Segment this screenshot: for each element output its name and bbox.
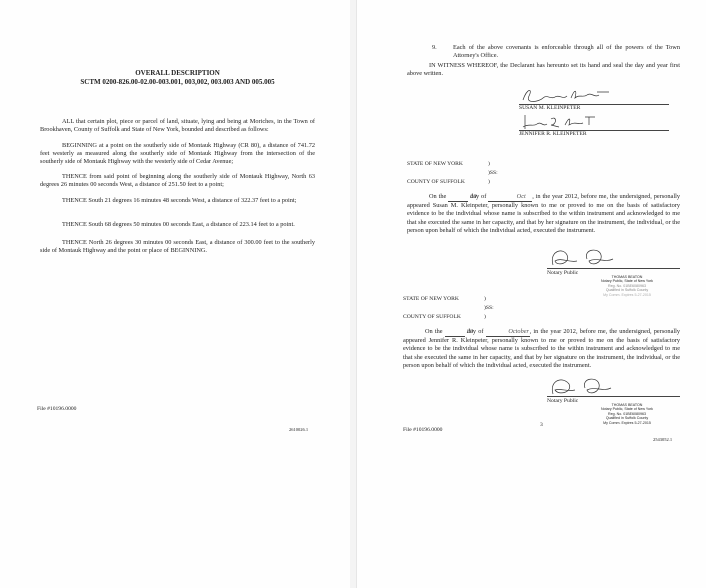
ack1-notary-label: Notary Public (547, 270, 578, 276)
signer-name-1: SUSAN M. KLEINPETER (519, 105, 580, 111)
ack1-day-field: 20 (448, 193, 468, 202)
ack2-paren2: ) (484, 314, 486, 320)
page-title: OVERALL DESCRIPTION (40, 69, 315, 78)
document-id-right: 2543052.1 (653, 437, 672, 442)
ack2-county: COUNTY OF SUFFOLK (403, 314, 461, 320)
file-number: File #10196.0000 (37, 406, 76, 412)
paragraph-thence-2: THENCE South 21 degrees 16 minutes 48 se… (40, 197, 315, 205)
signer-name-2: JENNIFER R. KLEINPETER (519, 131, 587, 137)
ack1-body: On the 20 day of Oct, in the year 2012, … (407, 193, 680, 235)
ack1-month-field: Oct (488, 193, 532, 202)
signature-susan (519, 86, 669, 104)
stamp1-line: My Comm. Expires 5-27-2015 (582, 293, 672, 297)
ack1-on-the: On the (429, 193, 446, 200)
document-page-right: 9. Each of the above covenants is enforc… (356, 0, 706, 588)
notary-stamp-2: THOMAS BEATON Notary Public, State of Ne… (582, 403, 672, 425)
witness-text: IN WITNESS WHEREOF, the Declarant has he… (407, 62, 680, 78)
notary-signature-1 (547, 247, 667, 269)
document-page-left: OVERALL DESCRIPTION SCTM 0200-826.00-02.… (0, 0, 350, 588)
paragraph-thence-4: THENCE North 26 degrees 30 minutes 00 se… (40, 239, 315, 255)
document-id: 2610026.1 (289, 427, 308, 432)
signature-jennifer (519, 113, 669, 131)
page-number: 3 (540, 422, 543, 428)
ack2-ss: )SS: (484, 305, 494, 311)
ack1-state: STATE OF NEW YORK (407, 161, 463, 167)
file-number-right: File #10196.0000 (403, 427, 442, 433)
notary-signature-2 (547, 376, 667, 398)
notary-line-1 (547, 268, 680, 269)
ack1-paren: ) (488, 161, 490, 167)
item-number: 9. (432, 44, 437, 52)
paragraph-thence-3: THENCE South 68 degrees 50 minutes 00 se… (40, 221, 315, 229)
sctm-subtitle: SCTM 0200-826.00-02.00-003.001, 003,002,… (40, 78, 315, 87)
paragraph-intro: ALL that certain plot, piece or parcel o… (40, 118, 315, 134)
ack1-county: COUNTY OF SUFFOLK (407, 179, 465, 185)
ack2-state: STATE OF NEW YORK (403, 296, 459, 302)
paragraph-thence-1: THENCE from said point of beginning alon… (40, 173, 315, 189)
ack1-paren2: ) (488, 179, 490, 185)
item-text: Each of the above covenants is enforceab… (453, 44, 680, 60)
paragraph-beginning: BEGINNING at a point on the southerly si… (40, 142, 315, 167)
ack2-paren: ) (484, 296, 486, 302)
stamp2-line: My Comm. Expires 5-27-2015 (582, 421, 672, 425)
ack2-notary-label: Notary Public (547, 398, 578, 404)
ack1-ss: )SS: (488, 170, 498, 176)
ack2-day-field: 20 (445, 328, 465, 337)
ack1-day-of: day of (470, 193, 486, 200)
ack2-month-field: October (486, 328, 530, 337)
notary-stamp-1: THOMAS BEATON Notary Public, State of Ne… (582, 275, 672, 297)
ack2-day-of: day of (467, 328, 484, 335)
ack2-body: On the 20 day of October, in the year 20… (403, 328, 680, 370)
ack2-on-the: On the (425, 328, 443, 335)
notary-line-2 (547, 396, 680, 397)
